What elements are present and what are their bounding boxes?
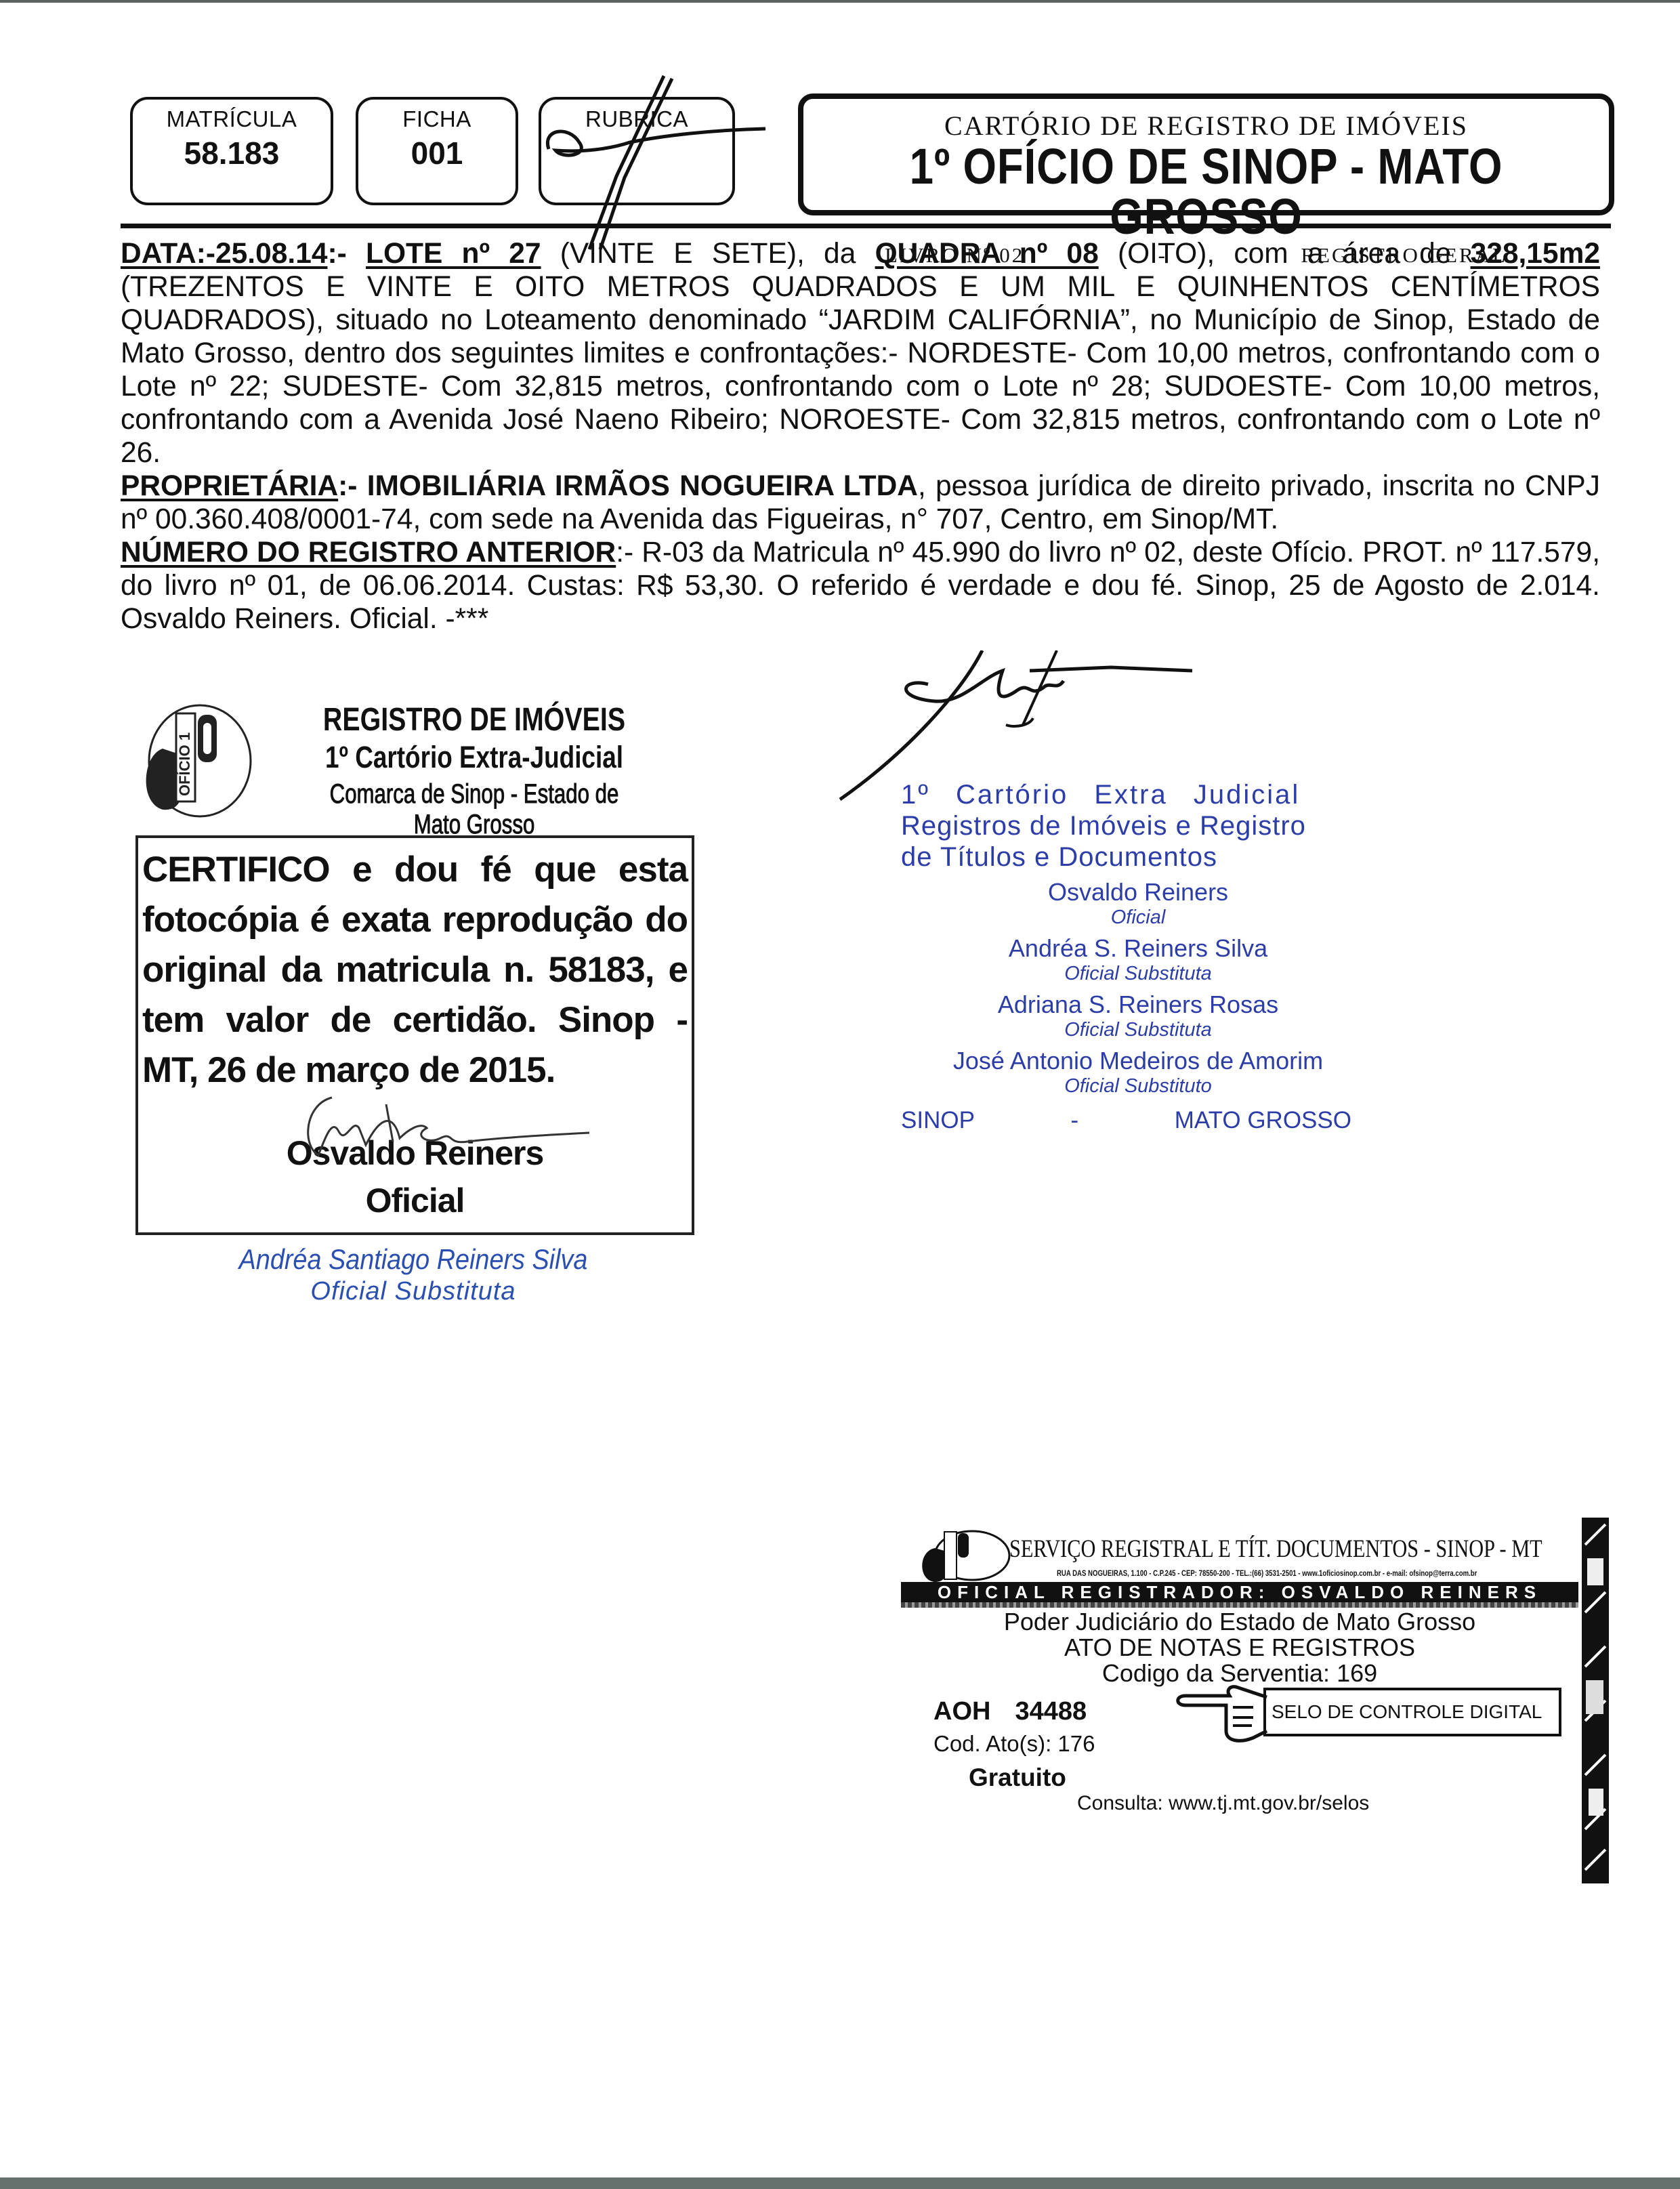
stamp-title: REGISTRO DE IMÓVEIS xyxy=(297,701,652,738)
staff-role: Oficial Substituto xyxy=(901,1075,1375,1098)
stamp-subtitle: 1º Cartório Extra-Judicial xyxy=(297,740,652,775)
substitute-name: Andréa Santiago Reiners Silva xyxy=(163,1243,663,1276)
record-lot-words: (VINTE E SETE), da xyxy=(560,238,856,270)
record-block-words: (OITO), com a área de xyxy=(1118,238,1451,270)
seal-code-prefix: AOH xyxy=(933,1697,990,1726)
oficio-logo-icon: OFÍCIO 1 xyxy=(135,701,254,820)
header-divider xyxy=(121,224,1611,228)
seal-code: AOH34488 xyxy=(933,1697,1087,1726)
stamp-state: MATO GROSSO xyxy=(1175,1107,1351,1134)
certification-box: CERTIFICO e dou fé que esta fotocópia é … xyxy=(135,835,694,1235)
seal-heading: Poder Judiciário do Estado de Mato Gross… xyxy=(901,1609,1578,1686)
record-lot: LOTE nº 27 xyxy=(366,238,541,270)
record-previous-paragraph: NÚMERO DO REGISTRO ANTERIOR:- R-03 da Ma… xyxy=(121,536,1600,635)
certification-text: CERTIFICO e dou fé que esta fotocópia é … xyxy=(142,845,688,1096)
registry-office-header: CARTÓRIO DE REGISTRO DE IMÓVEIS 1º OFÍCI… xyxy=(798,93,1614,215)
stamp-city: SINOP xyxy=(901,1107,975,1134)
blue-stamp-line1: 1º Cartório Extra Judicial xyxy=(901,779,1375,810)
staff-entry: Osvaldo Reiners Oficial xyxy=(901,878,1375,929)
seal-act-code: Cod. Ato(s): 176 xyxy=(933,1731,1095,1757)
staff-entry: José Antonio Medeiros de Amorim Oficial … xyxy=(901,1047,1375,1098)
seal-security-edge xyxy=(1582,1518,1609,1883)
signer-role: Oficial xyxy=(138,1177,692,1224)
staff-role: Oficial xyxy=(901,906,1375,929)
staff-entry: Andréa S. Reiners Silva Oficial Substitu… xyxy=(901,934,1375,985)
selo-label-box: SELO DE CONTROLE DIGITAL xyxy=(1263,1688,1561,1736)
record-date: DATA:-25.08.14 xyxy=(121,238,327,270)
seal-address: RUA DAS NOGUEIRAS, 1.100 - C.P.245 - CEP… xyxy=(1057,1568,1477,1578)
staff-name: Osvaldo Reiners xyxy=(901,878,1375,906)
record-body: DATA:-25.08.14:- LOTE nº 27 (VINTE E SET… xyxy=(121,237,1600,635)
staff-name: José Antonio Medeiros de Amorim xyxy=(901,1047,1375,1075)
staff-name: Adriana S. Reiners Rosas xyxy=(901,991,1375,1019)
stamp-heading: REGISTRO DE IMÓVEIS 1º Cartório Extra-Ju… xyxy=(257,701,691,840)
record-area: 328,15m2 xyxy=(1471,238,1600,270)
substitute-role: Oficial Substituta xyxy=(135,1277,691,1306)
seal-code-number: 34488 xyxy=(1015,1697,1087,1726)
owner-label: PROPRIETÁRIA xyxy=(121,470,338,502)
record-property-paragraph: DATA:-25.08.14:- LOTE nº 27 (VINTE E SET… xyxy=(121,237,1600,470)
previous-record-label: NÚMERO DO REGISTRO ANTERIOR xyxy=(121,537,616,568)
owner-name: IMOBILIÁRIA IRMÃOS NOGUEIRA LTDA xyxy=(367,470,918,502)
record-block: QUADRA nº 08 xyxy=(875,238,1099,270)
seal-registrar-band: OFICIAL REGISTRADOR: OSVALDO REINERS xyxy=(901,1582,1578,1602)
scan-bottom-edge xyxy=(0,2177,1680,2189)
matricula-box: MATRÍCULA 58.183 xyxy=(130,97,333,205)
pointing-hand-icon xyxy=(1172,1684,1274,1745)
stamp-district: Comarca de Sinop - Estado de Mato Grosso xyxy=(305,779,643,840)
staff-name: Andréa S. Reiners Silva xyxy=(901,934,1375,963)
staff-role: Oficial Substituta xyxy=(901,1019,1375,1041)
stamp-location-separator: - xyxy=(1071,1107,1079,1134)
blue-office-stamp: 1º Cartório Extra Judicial Registros de … xyxy=(901,779,1375,1134)
svg-text:OFÍCIO 1: OFÍCIO 1 xyxy=(176,732,193,796)
seal-line2: ATO DE NOTAS E REGISTROS xyxy=(901,1635,1578,1661)
office-line1: CARTÓRIO DE REGISTRO DE IMÓVEIS xyxy=(803,110,1609,142)
seal-line1: Poder Judiciário do Estado de Mato Gross… xyxy=(901,1609,1578,1635)
oficio-logo-icon xyxy=(915,1528,1013,1583)
seal-title: SERVIÇO REGISTRAL E TÍT. DOCUMENTOS - SI… xyxy=(1009,1535,1542,1564)
seal-fee: Gratuito xyxy=(969,1764,1066,1792)
staff-entry: Adriana S. Reiners Rosas Oficial Substit… xyxy=(901,991,1375,1041)
seal-line3: Codigo da Serventia: 169 xyxy=(901,1661,1578,1686)
scan-top-edge xyxy=(0,0,1680,3)
matricula-value: 58.183 xyxy=(133,135,331,171)
seal-consulta-link[interactable]: Consulta: www.tj.mt.gov.br/selos xyxy=(1077,1792,1369,1815)
record-description: (TREZENTOS E VINTE E OITO METROS QUADRAD… xyxy=(121,271,1600,469)
matricula-label: MATRÍCULA xyxy=(133,106,331,132)
ficha-value: 001 xyxy=(358,135,516,171)
record-owner-paragraph: PROPRIETÁRIA:- IMOBILIÁRIA IRMÃOS NOGUEI… xyxy=(121,470,1600,536)
seal-band-texture xyxy=(901,1602,1578,1608)
staff-role: Oficial Substituta xyxy=(901,963,1375,985)
blue-stamp-line3: de Títulos e Documentos xyxy=(901,841,1375,873)
certification-signature xyxy=(291,1091,603,1172)
substitute-stamp: Andréa Santiago Reiners Silva Oficial Su… xyxy=(135,1243,691,1306)
ficha-box: FICHA 001 xyxy=(356,97,518,205)
blue-stamp-line2: Registros de Imóveis e Registro xyxy=(901,810,1375,841)
ficha-label: FICHA xyxy=(358,106,516,132)
stamp-location: SINOP - MATO GROSSO xyxy=(901,1107,1375,1134)
